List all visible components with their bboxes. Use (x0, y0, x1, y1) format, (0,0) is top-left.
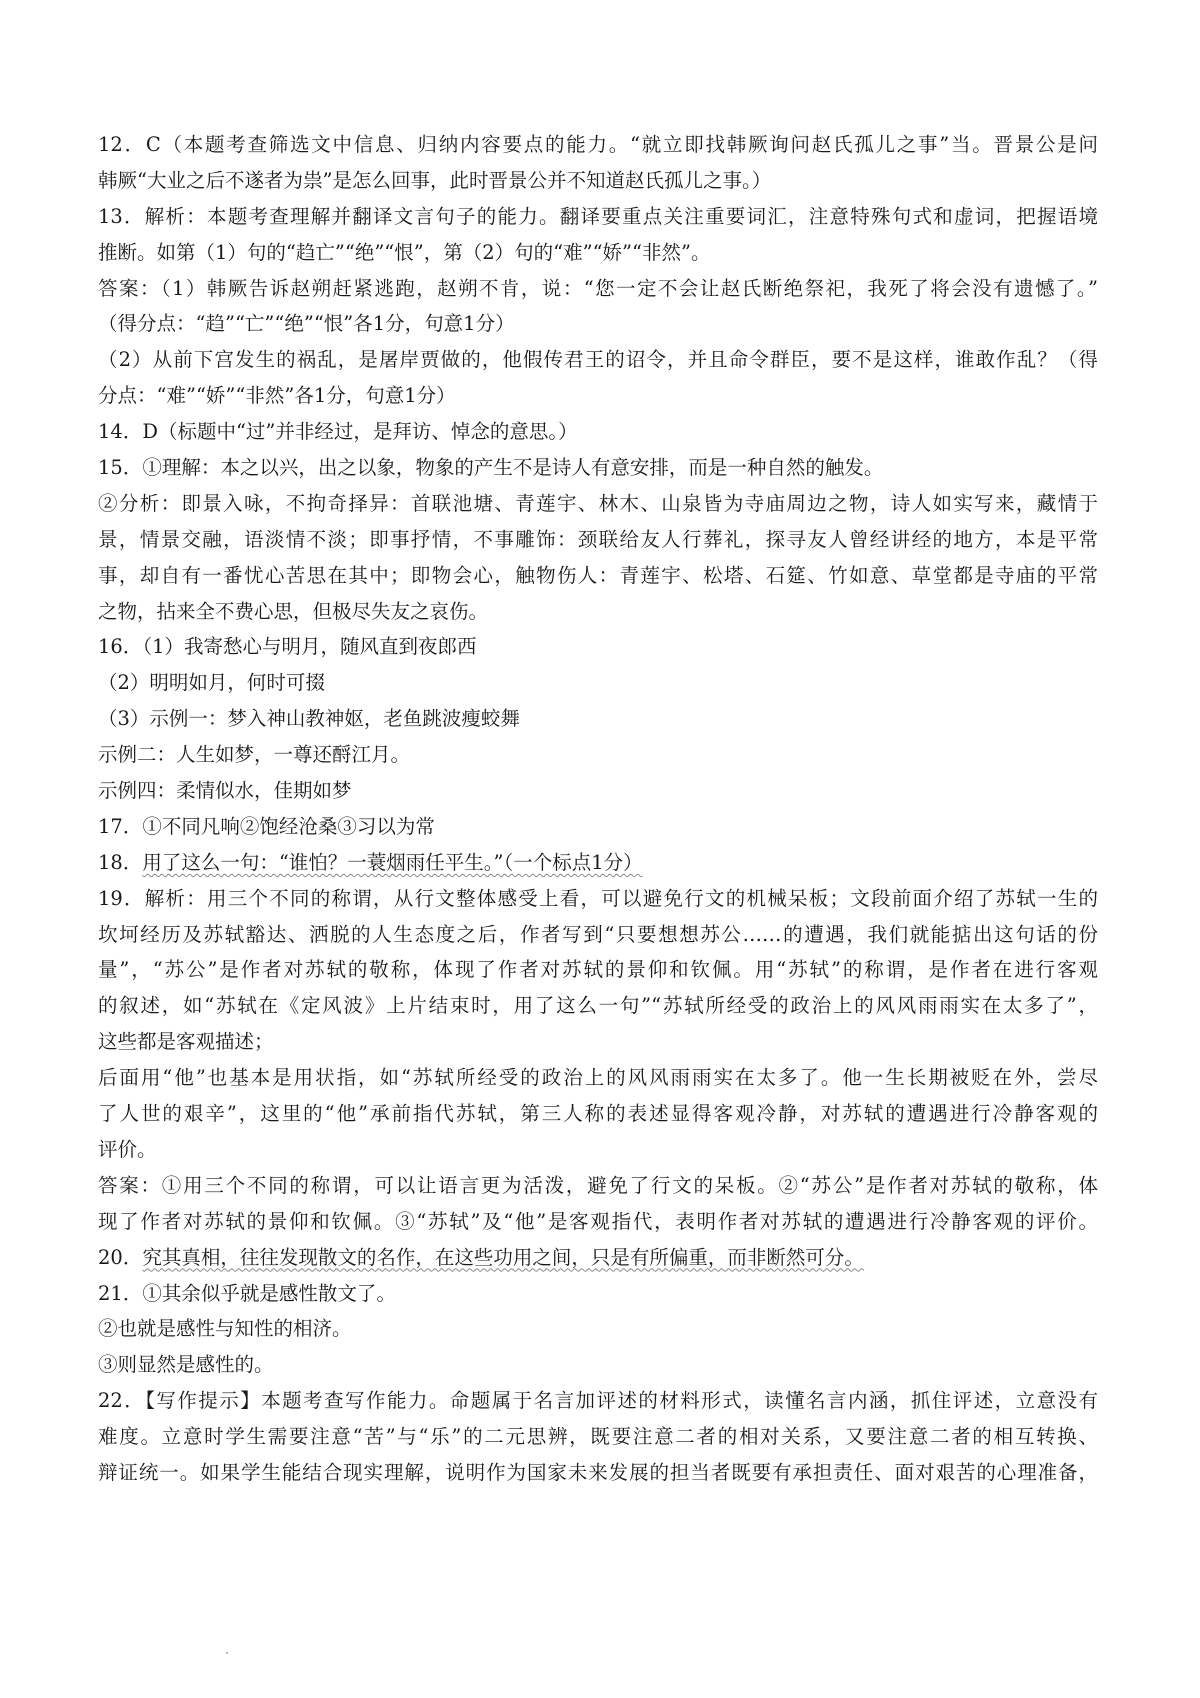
line-q15-3: 景，情景交融，语淡情不淡；即事抒情，不事雕饰：颈联给友人行葬礼，探寻友人曾经讲经… (98, 522, 1098, 558)
line-q19-3: 量”，“苏公”是作者对苏轼的敬称，体现了作者对苏轼的景仰和钦佩。用“苏轼”的称谓… (98, 952, 1098, 988)
line-q12-2: 韩厥“大业之后不遂者为祟”是怎么回事，此时晋景公并不知道赵氏孤儿之事。） (98, 163, 1098, 199)
line-q21-3: ③则显然是感性的。 (98, 1347, 1098, 1383)
line-q19-1: 19．解析：用三个不同的称谓，从行文整体感受上看，可以避免行文的机械呆板；文段前… (98, 881, 1098, 917)
question-number: 20． (98, 1246, 142, 1269)
line-q19-2: 坎坷经历及苏轼豁达、洒脱的人生态度之后，作者写到“只要想想苏公……的遭遇，我们就… (98, 917, 1098, 953)
line-q22-3: 辩证统一。如果学生能结合现实理解，说明作为国家未来发展的担当者既要有承担责任、面… (98, 1455, 1098, 1491)
question-number: 18． (98, 851, 142, 874)
wavy-underlined-answer: 用了这么一句：“谁怕？一蓑烟雨任平生。”（一个标点1分） (142, 851, 642, 874)
line-q19-4: 的叙述，如“苏轼在《定风波》上片结束时，用了这么一句”“苏轼所经受的政治上的风风… (98, 988, 1098, 1024)
line-q21-1: 21．①其余似乎就是感性散文了。 (98, 1276, 1098, 1312)
line-q16-3: （3）示例一：梦入神山教神妪，老鱼跳波瘦蛟舞 (98, 701, 1098, 737)
line-q18: 18．用了这么一句：“谁怕？一蓑烟雨任平生。”（一个标点1分） (98, 845, 1098, 881)
line-q15-1: 15．①理解：本之以兴，出之以象，物象的产生不是诗人有意安排，而是一种自然的触发… (98, 450, 1098, 486)
line-q16-4: 示例二：人生如梦，一尊还酹江月。 (98, 737, 1098, 773)
scan-speck (226, 1652, 228, 1654)
line-q16-1: 16．（1）我寄愁心与明月，随风直到夜郎西 (98, 629, 1098, 665)
line-q13-answer-4: 分点：“难”“娇”“非然”各1分，句意1分） (98, 378, 1098, 414)
line-q15-5: 之物，拈来全不费心思，但极尽失友之哀伤。 (98, 594, 1098, 630)
line-q15-4: 事，却自有一番忧心苦思在其中；即物会心，触物伤人：青莲宇、松塔、石筵、竹如意、草… (98, 558, 1098, 594)
line-q19-8: 评价。 (98, 1132, 1098, 1168)
line-q19-answer-1: 答案：①用三个不同的称谓，可以让语言更为活泼，避免了行文的呆板。②“苏公”是作者… (98, 1168, 1098, 1204)
line-q20: 20．究其真相，往往发现散文的名作，在这些功用之间，只是有所偏重，而非断然可分。 (98, 1240, 1098, 1276)
line-q13-1: 13．解析：本题考查理解并翻译文言句子的能力。翻译要重点关注重要词汇，注意特殊句… (98, 199, 1098, 235)
line-q19-answer-2: 现了作者对苏轼的景仰和钦佩。③“苏轼”及“他”是客观指代，表明作者对苏轼的遭遇进… (98, 1204, 1098, 1240)
line-q13-answer-1: 答案：（1）韩厥告诉赵朔赶紧逃跑，赵朔不肯，说：“您一定不会让赵氏断绝祭祀，我死… (98, 271, 1098, 307)
line-q15-2: ②分析：即景入咏，不拘奇择异：首联池塘、青莲宇、林木、山泉皆为寺庙周边之物，诗人… (98, 486, 1098, 522)
answer-document: 12．C（本题考查筛选文中信息、归纳内容要点的能力。“就立即找韩厥询问赵氏孤儿之… (98, 127, 1098, 1491)
line-q12-1: 12．C（本题考查筛选文中信息、归纳内容要点的能力。“就立即找韩厥询问赵氏孤儿之… (98, 127, 1098, 163)
line-q22-1: 22．【写作提示】本题考查写作能力。命题属于名言加评述的材料形式，读懂名言内涵，… (98, 1383, 1098, 1419)
line-q13-answer-3: （2）从前下宫发生的祸乱，是屠岸贾做的，他假传君王的诏令，并且命令群臣，要不是这… (98, 342, 1098, 378)
line-q21-2: ②也就是感性与知性的相济。 (98, 1311, 1098, 1347)
line-q16-5: 示例四：柔情似水，佳期如梦 (98, 773, 1098, 809)
line-q14: 14．D（标题中“过”并非经过，是拜访、悼念的意思。） (98, 414, 1098, 450)
line-q19-6: 后面用“他”也基本是用状指，如“苏轼所经受的政治上的风风雨雨实在太多了。他一生长… (98, 1060, 1098, 1096)
line-q17: 17．①不同凡响②饱经沧桑③习以为常 (98, 809, 1098, 845)
line-q16-2: （2）明明如月，何时可掇 (98, 665, 1098, 701)
line-q13-2: 推断。如第（1）句的“趋亡”“绝”“恨”，第（2）句的“难”“娇”“非然”。 (98, 235, 1098, 271)
line-q19-7: 了人世的艰辛”，这里的“他”承前指代苏轼，第三人称的表述显得客观冷静，对苏轼的遭… (98, 1096, 1098, 1132)
wavy-underlined-answer: 究其真相，往往发现散文的名作，在这些功用之间，只是有所偏重，而非断然可分。 (142, 1246, 864, 1269)
line-q13-answer-2: （得分点：“趋”“亡”“绝”“恨”各1分，句意1分） (98, 306, 1098, 342)
line-q22-2: 难度。立意时学生需要注意“苦”与“乐”的二元思辨，既要注意二者的相对关系，又要注… (98, 1419, 1098, 1455)
line-q19-5: 这些都是客观描述； (98, 1024, 1098, 1060)
